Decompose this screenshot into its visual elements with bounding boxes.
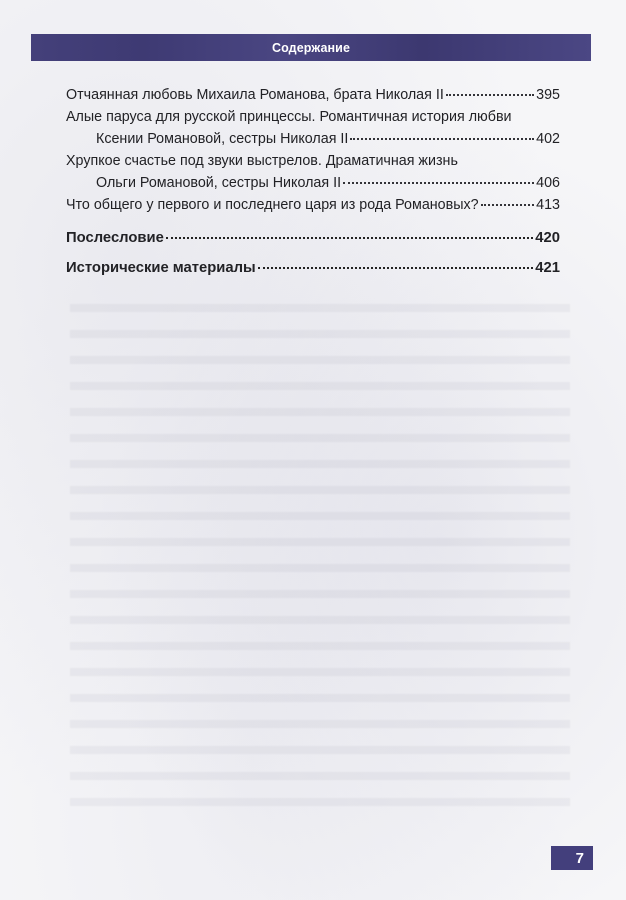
dot-leader <box>166 237 533 239</box>
toc-page-number: 406 <box>536 172 560 194</box>
toc-page-number: 421 <box>535 256 560 280</box>
toc-page-number: 402 <box>536 128 560 150</box>
toc-section-title: Исторические материалы <box>66 256 256 280</box>
toc-entry[interactable]: Алые паруса для русской принцессы. Роман… <box>66 106 560 150</box>
toc-section-title: Послесловие <box>66 226 164 250</box>
bleed-through-texture <box>70 290 570 820</box>
toc-entry-title: Хрупкое счастье под звуки выстрелов. Дра… <box>66 150 458 172</box>
header-title: Содержание <box>272 41 350 55</box>
table-of-contents: Отчаянная любовь Михаила Романова, брата… <box>66 84 560 280</box>
toc-entry-title: Отчаянная любовь Михаила Романова, брата… <box>66 84 444 106</box>
toc-page-number: 395 <box>536 84 560 106</box>
toc-entry-title-continued: Ксении Романовой, сестры Николая II <box>96 128 348 150</box>
dot-leader <box>350 138 534 140</box>
running-header: Содержание <box>31 34 591 61</box>
toc-entry-title-continued: Ольги Романовой, сестры Николая II <box>96 172 341 194</box>
page-number-badge: 7 <box>551 846 593 870</box>
toc-page-number: 420 <box>535 226 560 250</box>
toc-entry-title: Что общего у первого и последнего царя и… <box>66 194 479 216</box>
dot-leader <box>481 204 535 206</box>
toc-entry[interactable]: Отчаянная любовь Михаила Романова, брата… <box>66 84 560 106</box>
dot-leader <box>258 267 534 269</box>
toc-entry-title: Алые паруса для русской принцессы. Роман… <box>66 106 512 128</box>
toc-entry[interactable]: Что общего у первого и последнего царя и… <box>66 194 560 216</box>
dot-leader <box>446 94 534 96</box>
toc-entry[interactable]: Хрупкое счастье под звуки выстрелов. Дра… <box>66 150 560 194</box>
toc-page-number: 413 <box>536 194 560 216</box>
toc-section-afterword[interactable]: Послесловие 420 <box>66 226 560 250</box>
page-number: 7 <box>576 850 584 867</box>
dot-leader <box>343 182 534 184</box>
toc-section-historical-materials[interactable]: Исторические материалы 421 <box>66 256 560 280</box>
